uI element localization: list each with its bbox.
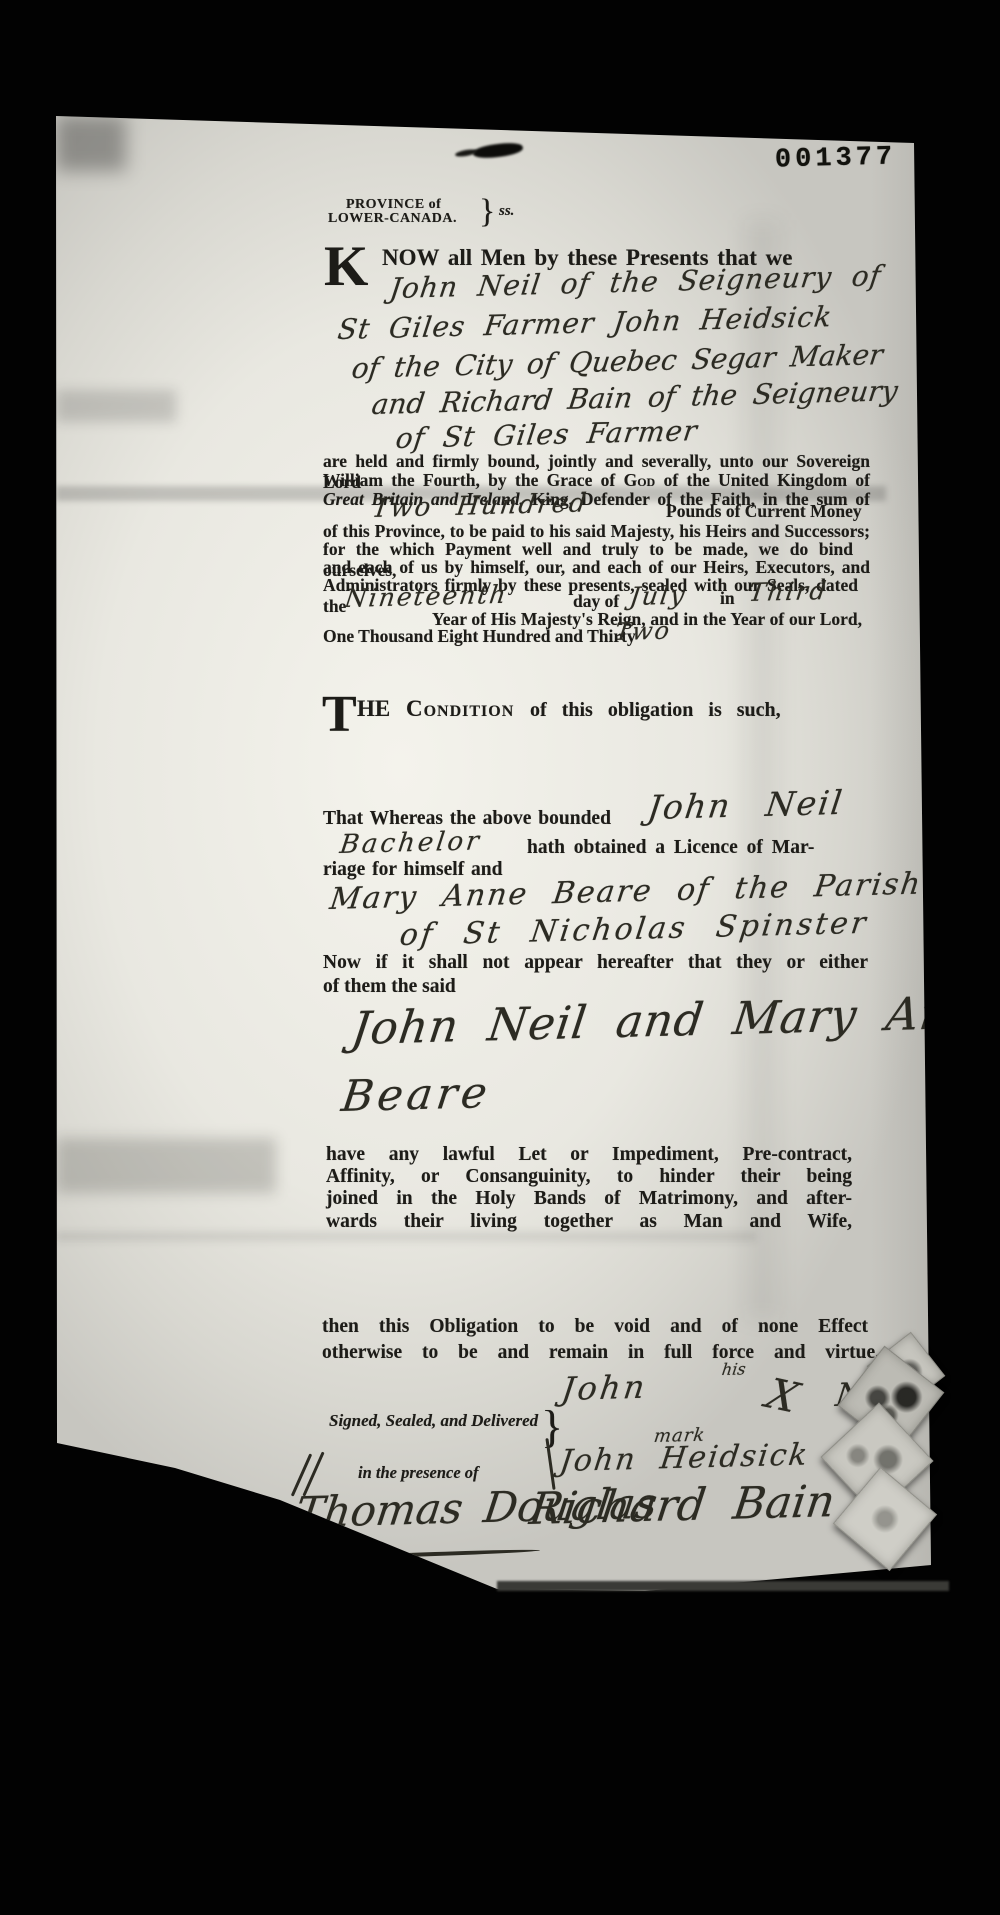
ink-smudge [472, 141, 523, 160]
groom-status-handwritten: Bachelor [338, 826, 484, 860]
label-in: in [720, 588, 735, 609]
groom-signature-first: John [559, 1368, 649, 1408]
opening-drop-cap: K [324, 242, 368, 292]
condition-clause-line: hath obtained a Licence of Mar- [527, 837, 814, 859]
witness-signature-heidsick: John Heidsick [558, 1437, 811, 1479]
impediment-line: Affinity, or Consanguinity, to hinder th… [326, 1166, 852, 1188]
signature-underline-flourish [330, 1548, 540, 1559]
condition-heading-word: Condition [406, 696, 514, 721]
bond-clause-line: William the Fourth, by the Grace of God … [323, 470, 870, 491]
couple-surname-handwritten: Beare [339, 1068, 494, 1122]
void-clause-line: otherwise to be and remain in full force… [322, 1342, 880, 1364]
stamp-number: 001377 [775, 142, 897, 175]
condition-clause-line: of them the said [323, 976, 456, 998]
witness-signature-bain: Richard Bain [527, 1476, 838, 1535]
bond-line2b-god: God [624, 470, 656, 490]
condition-heading-the: HE [357, 696, 390, 721]
crease-mark [56, 116, 126, 171]
crease-mark [56, 1232, 756, 1241]
regnal-year-handwritten: Third [747, 576, 830, 607]
groom-name-handwritten: John Neil [645, 783, 846, 827]
jurisdiction-abbrev: ss. [499, 203, 514, 220]
his-mark-word-his: his [721, 1359, 747, 1379]
condition-drop-cap: T [322, 692, 357, 738]
attestation-line1: Signed, Sealed, and Delivered [329, 1411, 538, 1431]
crease-mark [56, 1138, 276, 1193]
handwritten-parties-line: of St Giles Farmer [394, 414, 700, 455]
void-clause-line: then this Obligation to be void and of n… [322, 1316, 868, 1338]
his-mark-cross: X [760, 1369, 804, 1422]
attestation-line2: in the presence of [358, 1463, 479, 1483]
province-header-line2: LOWER-CANADA. [328, 211, 457, 227]
header-brace: } [479, 193, 495, 231]
handwritten-parties-line: St Giles Farmer John Heidsick [336, 300, 835, 346]
impediment-line: have any lawful Let or Impediment, Pre-c… [326, 1144, 852, 1166]
condition-heading-rest: of this obligation is such, [530, 699, 781, 721]
month-handwritten: July [628, 580, 688, 611]
bond-clause-line: One Thousand Eight Hundred and Thirty [323, 626, 636, 647]
impediment-line: wards their living together as Man and W… [326, 1211, 852, 1233]
ink-smudge [455, 148, 478, 158]
bond-clause-line: Pounds of Current Money [666, 501, 862, 522]
crease-mark [56, 390, 176, 422]
scanned-bond-page: 001377 PROVINCE of LOWER-CANADA. } ss. K… [0, 0, 1000, 1915]
impediment-line: joined in the Holy Bands of Matrimony, a… [326, 1188, 852, 1210]
bond-line2c: of the United Kingdom of [664, 470, 870, 490]
bond-line2a: William the Fourth, by the Grace of [323, 470, 615, 490]
year-handwritten: Two [613, 616, 673, 646]
sum-handwritten: Two Hundred [370, 488, 590, 524]
condition-heading: HE Condition of this obligation is such, [357, 696, 781, 722]
condition-clause-line: Now if it shall not appear hereafter tha… [323, 952, 868, 974]
